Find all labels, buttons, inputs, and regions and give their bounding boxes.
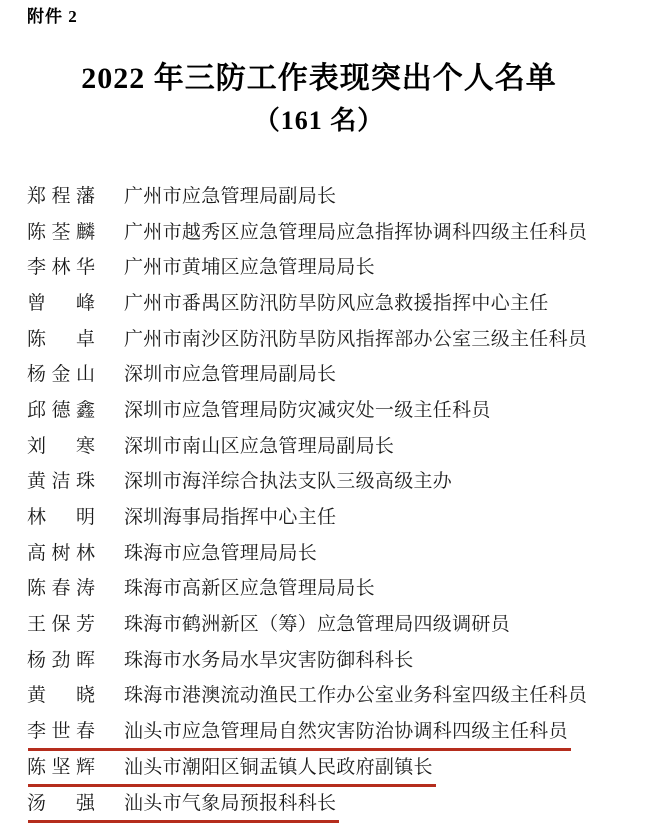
list-item: 陈坚辉 汕头市潮阳区铜盂镇人民政府副镇长: [0, 750, 652, 786]
person-position: 广州市南沙区防汛防旱防风指挥部办公室三级主任科员: [124, 328, 587, 352]
person-position: 汕头市气象局预报科科长: [124, 792, 336, 816]
list-item-line-underlined: 李世春 汕头市应急管理局自然灾害防治协调科四级主任科员: [27, 720, 568, 744]
person-position: 广州市应急管理局副局长: [124, 185, 336, 209]
person-position: 珠海市港澳流动渔民工作办公室业务科室四级主任科员: [124, 684, 587, 708]
list-item-line-underlined: 陈坚辉 汕头市潮阳区铜盂镇人民政府副镇长: [27, 756, 433, 780]
person-name: 杨劲晖: [27, 649, 95, 673]
list-item: 黄洁珠 深圳市海洋综合执法支队三级高级主办: [0, 465, 652, 501]
person-position: 深圳海事局指挥中心主任: [124, 506, 336, 530]
person-position: 深圳市应急管理局副局长: [124, 363, 336, 387]
list-item-line: 陈荃麟 广州市越秀区应急管理局应急指挥协调科四级主任科员: [27, 221, 587, 245]
list-item-line: 林明 深圳海事局指挥中心主任: [27, 506, 336, 530]
person-name: 陈坚辉: [27, 756, 95, 780]
list-item-line: 李林华 广州市黄埔区应急管理局局长: [27, 256, 375, 280]
list-item-line: 高树林 珠海市应急管理局局长: [27, 542, 317, 566]
document-subtitle: （161 名）: [0, 100, 638, 142]
person-name: 李世春: [27, 720, 95, 744]
person-position: 珠海市水务局水旱灾害防御科科长: [124, 649, 414, 673]
person-name: 林明: [27, 506, 95, 530]
list-item-line: 曾峰 广州市番禺区防汛防旱防风应急救援指挥中心主任: [27, 292, 549, 316]
list-item-line: 郑程藩 广州市应急管理局副局长: [27, 185, 336, 209]
list-item: 曾峰 广州市番禺区防汛防旱防风应急救援指挥中心主任: [0, 286, 652, 322]
list-item: 李世春 汕头市应急管理局自然灾害防治协调科四级主任科员: [0, 714, 652, 750]
person-position: 汕头市应急管理局自然灾害防治协调科四级主任科员: [124, 720, 568, 744]
person-position: 珠海市高新区应急管理局局长: [124, 577, 375, 601]
list-item-line: 黄晓 珠海市港澳流动渔民工作办公室业务科室四级主任科员: [27, 684, 587, 708]
list-item: 杨金山 深圳市应急管理局副局长: [0, 357, 652, 393]
person-position: 深圳市海洋综合执法支队三级高级主办: [124, 470, 452, 494]
list-item-line: 陈春涛 珠海市高新区应急管理局局长: [27, 577, 375, 601]
person-name: 王保芳: [27, 613, 95, 637]
list-item-line: 陈卓 广州市南沙区防汛防旱防风指挥部办公室三级主任科员: [27, 328, 587, 352]
list-item-line: 刘寒 深圳市南山区应急管理局副局长: [27, 435, 394, 459]
person-position: 珠海市鹤洲新区（筹）应急管理局四级调研员: [124, 613, 510, 637]
list-item: 王保芳 珠海市鹤洲新区（筹）应急管理局四级调研员: [0, 607, 652, 643]
list-item: 邱德鑫 深圳市应急管理局防灾减灾处一级主任科员: [0, 393, 652, 429]
document-header: 2022 年三防工作表现突出个人名单 （161 名）: [0, 58, 638, 142]
person-name: 刘寒: [27, 435, 95, 459]
person-name: 李林华: [27, 256, 95, 280]
person-position: 汕头市潮阳区铜盂镇人民政府副镇长: [124, 756, 433, 780]
person-name: 曾峰: [27, 292, 95, 316]
list-item: 陈荃麟 广州市越秀区应急管理局应急指挥协调科四级主任科员: [0, 215, 652, 251]
list-item: 陈春涛 珠海市高新区应急管理局局长: [0, 572, 652, 608]
attachment-label: 附件 2: [27, 2, 78, 27]
list-item: 汤强 汕头市气象局预报科科长: [0, 786, 652, 822]
person-position: 广州市黄埔区应急管理局局长: [124, 256, 375, 280]
person-name: 杨金山: [27, 363, 95, 387]
list-item-line: 杨劲晖 珠海市水务局水旱灾害防御科科长: [27, 649, 414, 673]
person-name: 高树林: [27, 542, 95, 566]
list-item: 林明 深圳海事局指挥中心主任: [0, 500, 652, 536]
list-item: 刘寒 深圳市南山区应急管理局副局长: [0, 429, 652, 465]
person-position: 珠海市应急管理局局长: [124, 542, 317, 566]
list-item: 杨劲晖 珠海市水务局水旱灾害防御科科长: [0, 643, 652, 679]
list-item: 郑程藩 广州市应急管理局副局长: [0, 179, 652, 215]
person-name: 郑程藩: [27, 185, 95, 209]
person-position: 广州市越秀区应急管理局应急指挥协调科四级主任科员: [124, 221, 587, 245]
list-item-line: 杨金山 深圳市应急管理局副局长: [27, 363, 336, 387]
person-name: 黄洁珠: [27, 470, 95, 494]
person-position: 深圳市应急管理局防灾减灾处一级主任科员: [124, 399, 491, 423]
document-page: 附件 2 2022 年三防工作表现突出个人名单 （161 名） 郑程藩 广州市应…: [0, 0, 652, 836]
list-item: 高树林 珠海市应急管理局局长: [0, 536, 652, 572]
list-item-line-underlined: 汤强 汕头市气象局预报科科长: [27, 792, 336, 816]
person-position: 广州市番禺区防汛防旱防风应急救援指挥中心主任: [124, 292, 549, 316]
list-item-line: 邱德鑫 深圳市应急管理局防灾减灾处一级主任科员: [27, 399, 491, 423]
person-name: 陈荃麟: [27, 221, 95, 245]
person-name: 黄晓: [27, 684, 95, 708]
person-position: 深圳市南山区应急管理局副局长: [124, 435, 394, 459]
list-item: 黄晓 珠海市港澳流动渔民工作办公室业务科室四级主任科员: [0, 679, 652, 715]
document-title: 2022 年三防工作表现突出个人名单: [0, 58, 638, 100]
person-name: 邱德鑫: [27, 399, 95, 423]
list-item-line: 王保芳 珠海市鹤洲新区（筹）应急管理局四级调研员: [27, 613, 510, 637]
list-item-line: 黄洁珠 深圳市海洋综合执法支队三级高级主办: [27, 470, 452, 494]
person-name: 陈春涛: [27, 577, 95, 601]
person-list: 郑程藩 广州市应急管理局副局长 陈荃麟 广州市越秀区应急管理局应急指挥协调科四级…: [0, 179, 652, 821]
list-item: 陈卓 广州市南沙区防汛防旱防风指挥部办公室三级主任科员: [0, 322, 652, 358]
list-item: 李林华 广州市黄埔区应急管理局局长: [0, 250, 652, 286]
person-name: 陈卓: [27, 328, 95, 352]
person-name: 汤强: [27, 792, 95, 816]
